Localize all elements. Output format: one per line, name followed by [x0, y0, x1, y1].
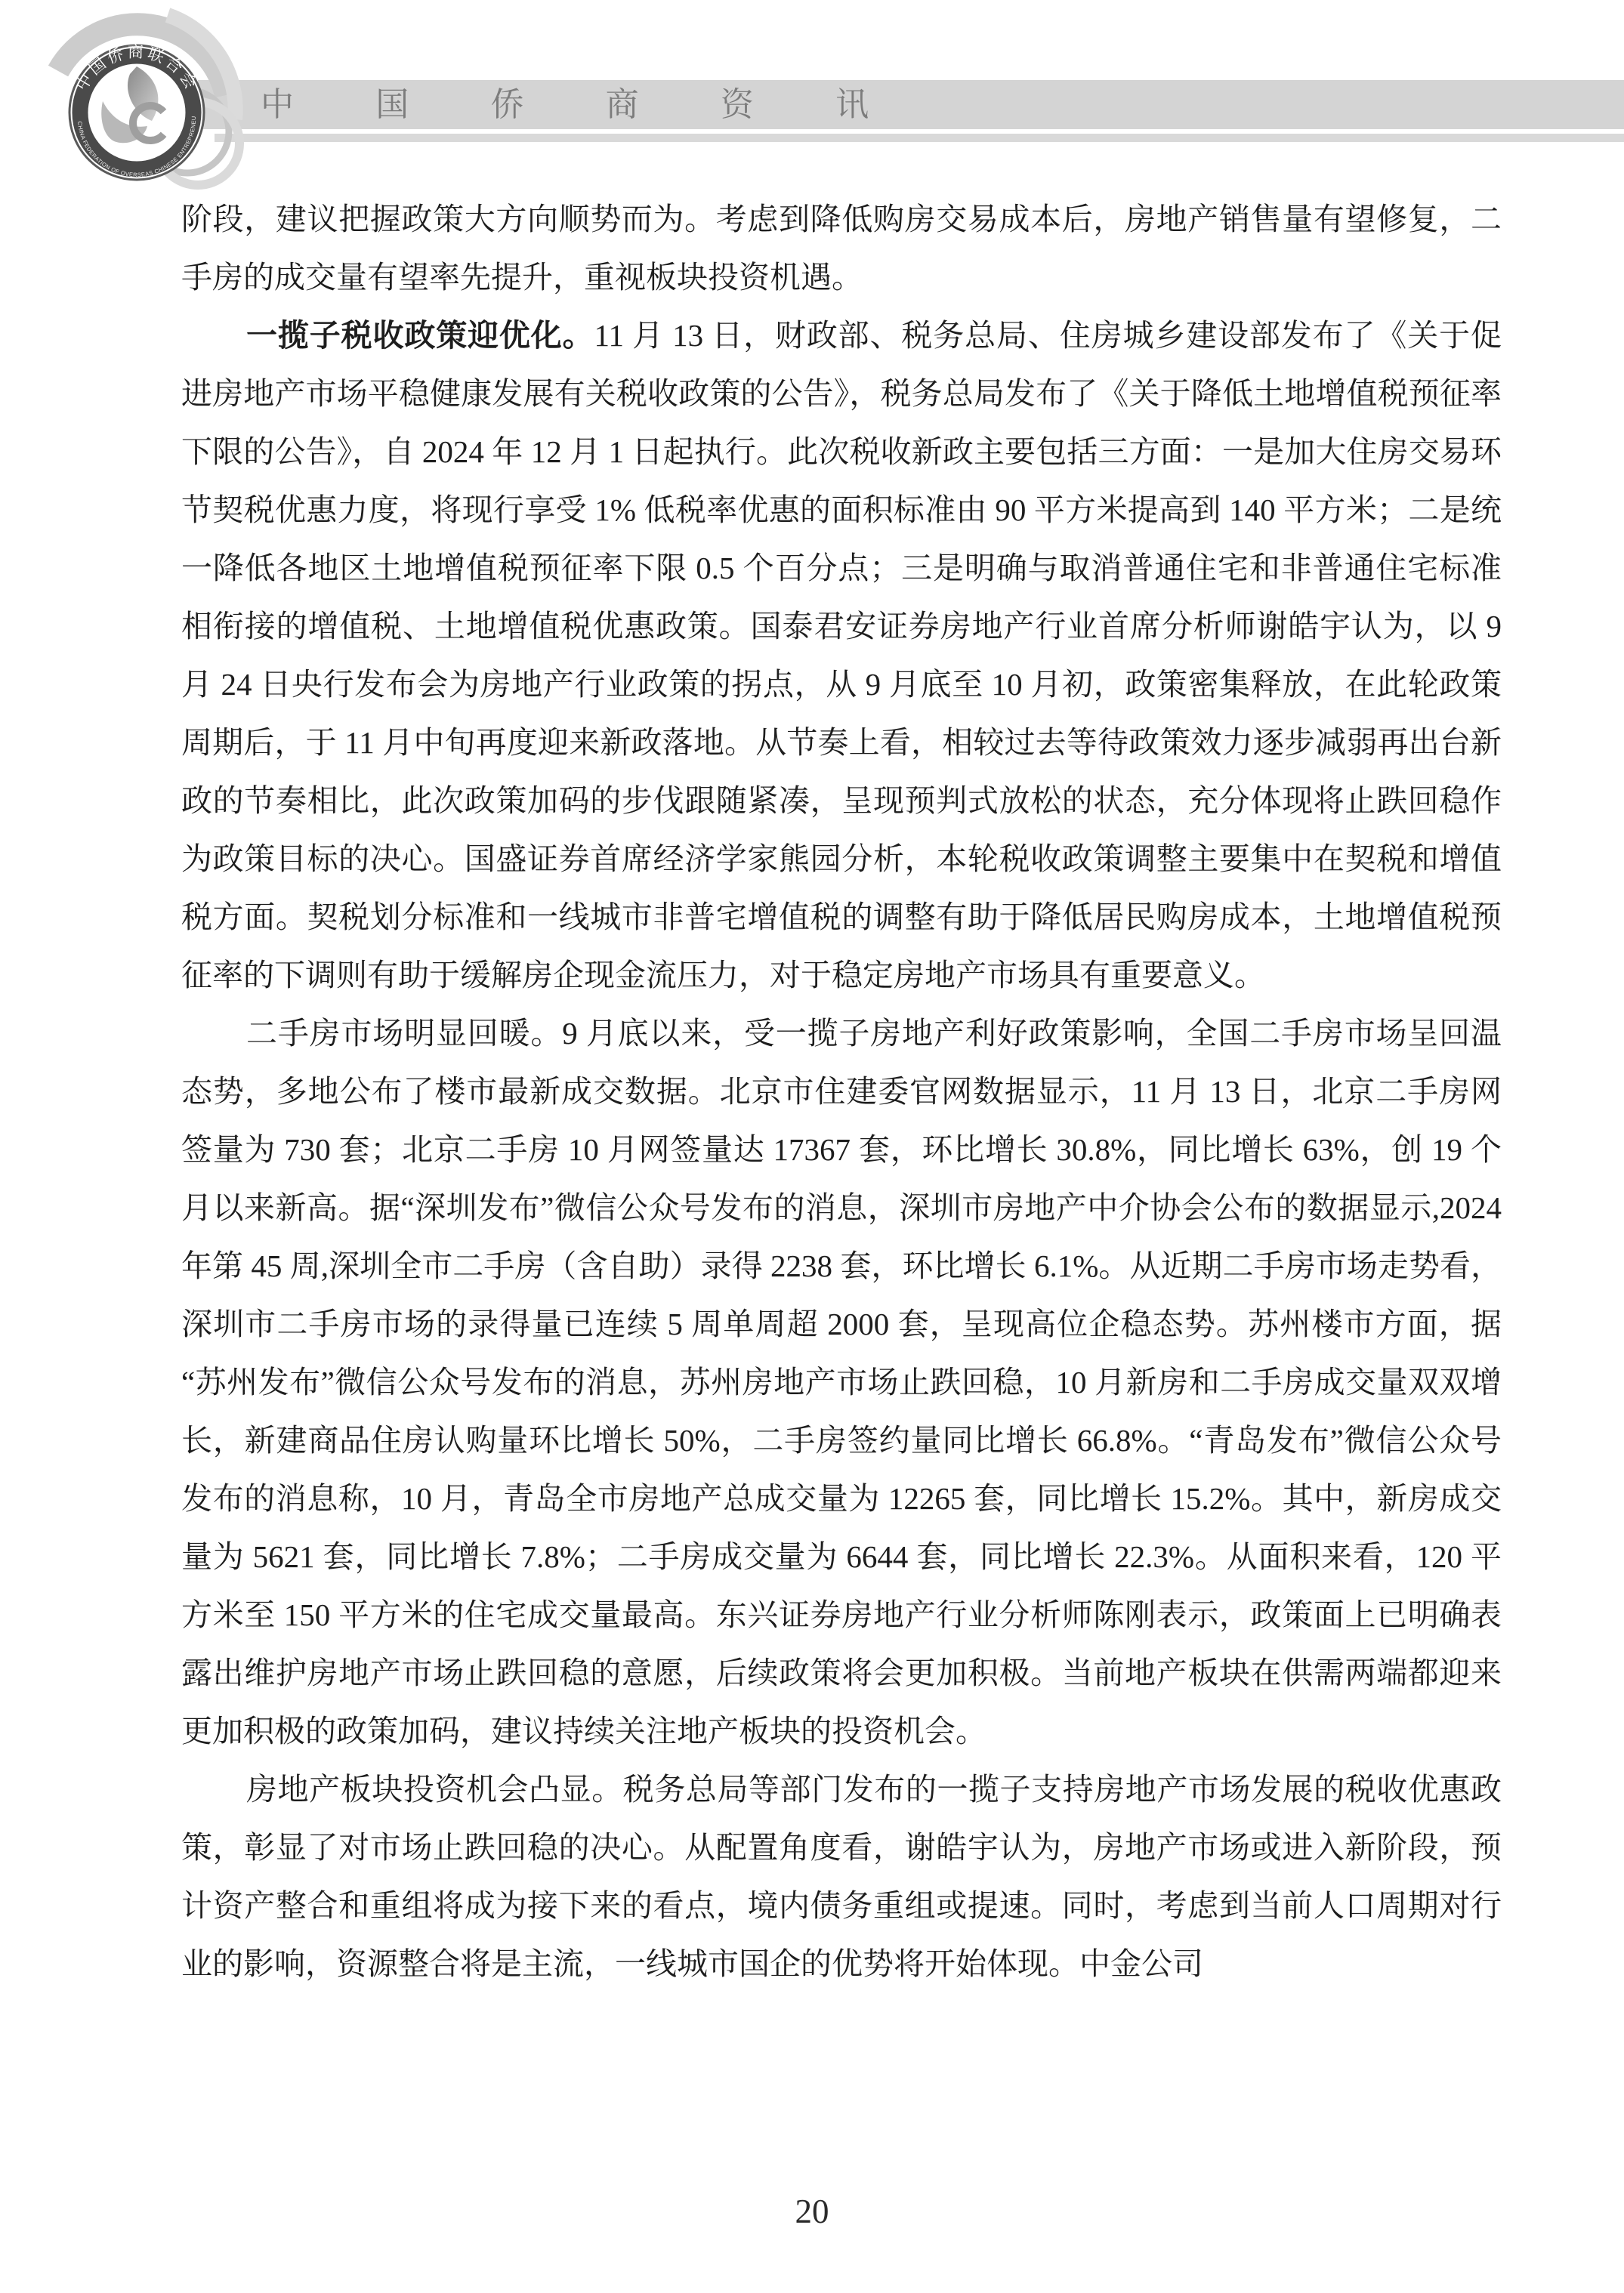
article-body: 阶段，建议把握政策大方向顺势而为。考虑到降低购房交易成本后，房地产销售量有望修复… [181, 190, 1502, 1993]
paragraph: 一揽子税收政策迎优化。11 月 13 日，财政部、税务总局、住房城乡建设部发布了… [181, 307, 1502, 1005]
header-banner: 中 国 侨 商 资 讯 [198, 80, 1624, 129]
header-banner-shadow [215, 134, 1624, 142]
paragraph-text: 二手房市场明显回暖。9 月底以来，受一揽子房地产利好政策影响，全国二手房市场呈回… [181, 1016, 1502, 1748]
seal-logo-icon: 中国侨商联合会 CHINA FEDERATION OF OVERSEAS CHI… [39, 5, 311, 208]
paragraph-text: 11 月 13 日，财政部、税务总局、住房城乡建设部发布了《关于促进房地产市场平… [181, 318, 1502, 992]
publication-title: 中 国 侨 商 资 讯 [261, 80, 905, 129]
paragraph: 二手房市场明显回暖。9 月底以来，受一揽子房地产利好政策影响，全国二手房市场呈回… [181, 1005, 1502, 1761]
federation-seal-logo: 中国侨商联合会 CHINA FEDERATION OF OVERSEAS CHI… [39, 5, 311, 208]
page-number: 20 [0, 2192, 1624, 2231]
paragraph-lead: 一揽子税收政策迎优化。 [246, 318, 594, 353]
paragraph-text: 房地产板块投资机会凸显。税务总局等部门发布的一揽子支持房地产市场发展的税收优惠政… [181, 1772, 1502, 1981]
paragraph: 房地产板块投资机会凸显。税务总局等部门发布的一揽子支持房地产市场发展的税收优惠政… [181, 1761, 1502, 1993]
paragraph: 阶段，建议把握政策大方向顺势而为。考虑到降低购房交易成本后，房地产销售量有望修复… [181, 190, 1502, 307]
paragraph-text: 阶段，建议把握政策大方向顺势而为。考虑到降低购房交易成本后，房地产销售量有望修复… [181, 202, 1502, 295]
